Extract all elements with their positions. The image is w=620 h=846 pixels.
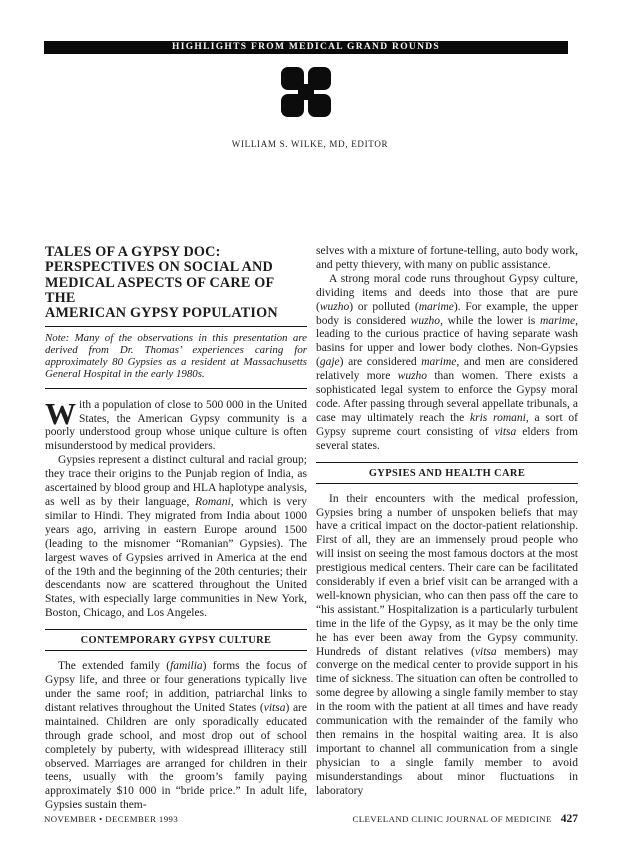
title-rule [45, 326, 307, 327]
paragraph-origins: Gypsies represent a distinct cultural an… [45, 454, 307, 621]
footer-page-number: 427 [561, 813, 578, 825]
four-lobe-cross-icon [281, 67, 331, 117]
paragraph-family: The extended family (familia) forms the … [45, 660, 307, 813]
logo-center [298, 84, 314, 100]
section-header-gypsies-and-health-care: GYPSIES AND HEALTH CARE [316, 462, 578, 484]
paragraph-continuation: selves with a mixture of fortune-telling… [316, 245, 578, 273]
paragraph-text: ith a population of close to 500 000 in … [45, 399, 307, 453]
article-columns: TALES OF A GYPSY DOC: PERSPECTIVES ON SO… [45, 245, 578, 813]
paragraph-intro: With a population of close to 500 000 in… [45, 399, 307, 455]
right-column: selves with a mixture of fortune-telling… [316, 245, 578, 813]
article-title: TALES OF A GYPSY DOC: PERSPECTIVES ON SO… [45, 245, 307, 321]
editor-byline: WILLIAM S. WILKE, MD, EDITOR [0, 139, 620, 149]
left-column: TALES OF A GYPSY DOC: PERSPECTIVES ON SO… [45, 245, 307, 813]
footer-journal-name: CLEVELAND CLINIC JOURNAL OF MEDICINE [352, 814, 551, 824]
article-title-line: MEDICAL ASPECTS OF CARE OF THE [45, 276, 307, 307]
section-header-contemporary-gypsy-culture: CONTEMPORARY GYPSY CULTURE [45, 629, 307, 651]
article-title-line: TALES OF A GYPSY DOC: [45, 245, 307, 260]
note-rule [45, 388, 307, 389]
article-note: Note: Many of the observations in this p… [45, 333, 307, 380]
paragraph-health-care: In their encounters with the medical pro… [316, 493, 578, 799]
drop-cap: W [45, 399, 79, 426]
journal-page: { "page": { "banner_title": "HIGHLIGHTS … [0, 0, 620, 846]
article-title-line: AMERICAN GYPSY POPULATION [45, 306, 307, 321]
article-title-line: PERSPECTIVES ON SOCIAL AND [45, 260, 307, 275]
footer-issue-date: NOVEMBER • DECEMBER 1993 [44, 814, 178, 824]
section-banner: HIGHLIGHTS FROM MEDICAL GRAND ROUNDS [44, 41, 568, 54]
footer-journal-group: CLEVELAND CLINIC JOURNAL OF MEDICINE 427 [352, 813, 578, 825]
paragraph-moral-code: A strong moral code runs throughout Gyps… [316, 273, 578, 454]
page-footer: NOVEMBER • DECEMBER 1993 CLEVELAND CLINI… [44, 813, 578, 825]
